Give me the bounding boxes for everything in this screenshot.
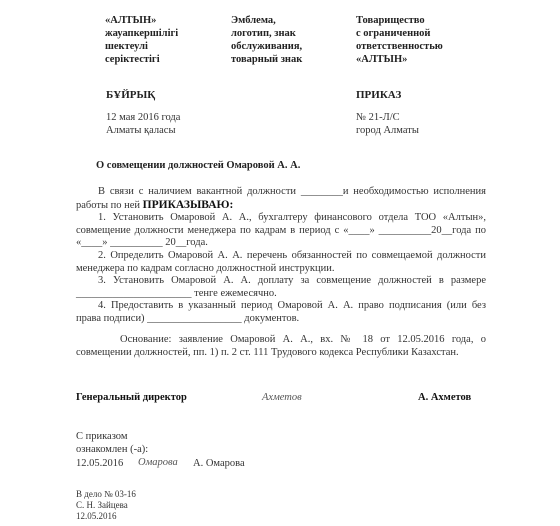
- order-subject: О совмещении должностей Омаровой А. А.: [96, 160, 300, 171]
- header-emblem: Эмблема, логотип, знак обслуживания, тов…: [231, 14, 302, 66]
- ru-org-line: Товарищество: [356, 14, 443, 27]
- basis-text: Основание: заявление Омаровой А. А., вх.…: [76, 334, 486, 359]
- order-city-kz: Алматы қаласы: [106, 124, 180, 137]
- emblem-line: логотип, знак: [231, 27, 302, 40]
- header-kazakh-org: «АЛТЫН» жауапкершілігі шектеулі серіктес…: [105, 14, 178, 66]
- order-title-kz: БҰЙРЫҚ: [106, 89, 155, 101]
- item-2: 2. Определить Омаровой А. А. перечень об…: [76, 250, 486, 275]
- ru-org-line: «АЛТЫН»: [356, 53, 443, 66]
- order-date: 12 мая 2016 года: [106, 111, 180, 124]
- emblem-line: товарный знак: [231, 53, 302, 66]
- orders-keyword: ПРИКАЗЫВАЮ:: [143, 199, 234, 211]
- filing-clerk: С. Н. Зайцева: [76, 500, 136, 511]
- order-date-block: 12 мая 2016 года Алматы қаласы: [106, 111, 180, 137]
- acknowledgement-block: С приказом ознакомлен (-а):: [76, 430, 148, 456]
- filing-note: В дело № 03-16 С. Н. Зайцева 12.05.2016: [76, 489, 136, 522]
- signatory-name: А. Ахметов: [418, 392, 471, 403]
- ack-date: 12.05.2016: [76, 457, 123, 470]
- item-4: 4. Предоставить в указанный период Омаро…: [76, 300, 486, 325]
- intro-text: В связи с наличием вакантной должности _…: [76, 186, 486, 211]
- ack-line-1: С приказом: [76, 430, 148, 443]
- kz-org-line: серіктестігі: [105, 53, 178, 66]
- ru-org-line: ответственностью: [356, 40, 443, 53]
- kz-org-line: жауапкершілігі: [105, 27, 178, 40]
- kz-org-line: шектеулі: [105, 40, 178, 53]
- signatory-position: Генеральный директор: [76, 392, 187, 403]
- header-russian-org: Товарищество с ограниченной ответственно…: [356, 14, 443, 66]
- order-body: В связи с наличием вакантной должности _…: [76, 186, 486, 326]
- filing-date: 12.05.2016: [76, 511, 136, 522]
- emblem-line: обслуживания,: [231, 40, 302, 53]
- director-signature: Ахметов: [262, 392, 302, 403]
- intro-paragraph: В связи с наличием вакантной должности _…: [76, 186, 486, 212]
- order-number: № 21-Л/С: [356, 111, 419, 124]
- kz-org-line: «АЛТЫН»: [105, 14, 178, 27]
- item-1: 1. Установить Омаровой А. А., бухгалтеру…: [76, 212, 486, 250]
- employee-name: А. Омарова: [193, 457, 245, 470]
- order-number-block: № 21-Л/С город Алматы: [356, 111, 419, 137]
- basis-paragraph: Основание: заявление Омаровой А. А., вх.…: [76, 334, 486, 359]
- ru-org-line: с ограниченной: [356, 27, 443, 40]
- emblem-line: Эмблема,: [231, 14, 302, 27]
- ack-line-2: ознакомлен (-а):: [76, 443, 148, 456]
- order-city-ru: город Алматы: [356, 124, 419, 137]
- employee-signature: Омарова: [138, 457, 178, 468]
- order-title-ru: ПРИКАЗ: [356, 89, 401, 101]
- filing-case-number: В дело № 03-16: [76, 489, 136, 500]
- item-3: 3. Установить Омаровой А. А. доплату за …: [76, 275, 486, 300]
